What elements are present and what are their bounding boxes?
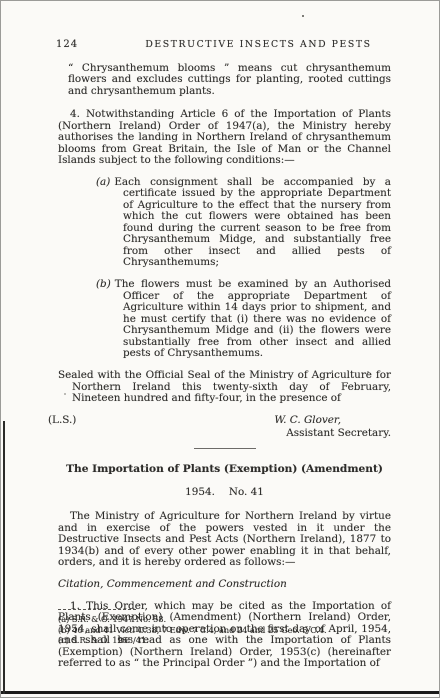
condition-b: (b)The flowers must be examined by an Au… <box>96 279 391 360</box>
footnote-rule <box>58 609 136 610</box>
section-heading: Citation, Commencement and Construction <box>58 579 391 591</box>
signature-row: (L.S.) W. C. Glover, <box>58 415 391 427</box>
page-content: 124 DESTRUCTIVE INSECTS AND PESTS “ Chry… <box>58 39 391 680</box>
article-4-paragraph: 4. Notwithstanding Article 6 of the Impo… <box>58 109 391 167</box>
running-header-title: DESTRUCTIVE INSECTS AND PESTS <box>126 39 391 51</box>
footnote-c: (c) S.R. & O. 1953/41. <box>58 635 391 646</box>
sealing-clause: Sealed with the Official Seal of the Min… <box>58 370 391 405</box>
scan-edge-left <box>3 421 5 694</box>
condition-a: (a)Each consignment shall be accompanied… <box>96 177 391 269</box>
condition-a-text: Each consignment shall be accompanied by… <box>114 176 391 269</box>
footnote-b: (b) 40 and 41 Vict. C.38, 7 Edw. 7 C.4, … <box>58 625 391 636</box>
scan-speck <box>302 15 304 17</box>
page-number: 124 <box>56 39 126 51</box>
order-year-number: 1954.No. 41 <box>58 487 391 499</box>
signature-title: Assistant Secretary. <box>58 428 391 440</box>
order-preamble: The Ministry of Agriculture for Northern… <box>58 511 391 569</box>
locus-sigilli: (L.S.) <box>48 415 76 427</box>
order-year: 1954. <box>185 486 215 498</box>
condition-b-label: (b) <box>96 278 111 290</box>
scan-edge-bottom <box>1 691 439 694</box>
footnotes-block: (a) S.R. & O. 1947 No. 58. (b) 40 and 41… <box>58 609 391 646</box>
footnote-a: (a) S.R. & O. 1947 No. 58. <box>58 614 391 625</box>
section-divider-rule <box>194 448 256 449</box>
signature-name: W. C. Glover, <box>274 415 341 427</box>
running-header: 124 DESTRUCTIVE INSECTS AND PESTS <box>58 39 391 51</box>
order-number: No. 41 <box>229 486 264 498</box>
condition-b-text: The flowers must be examined by an Autho… <box>115 278 391 359</box>
order-title: The Importation of Plants (Exemption) (A… <box>58 464 391 476</box>
condition-a-label: (a) <box>96 176 110 188</box>
definition-paragraph: “ Chrysanthemum blooms ” means cut chrys… <box>68 63 391 98</box>
scanned-document-page: 124 DESTRUCTIVE INSECTS AND PESTS “ Chry… <box>0 0 440 698</box>
